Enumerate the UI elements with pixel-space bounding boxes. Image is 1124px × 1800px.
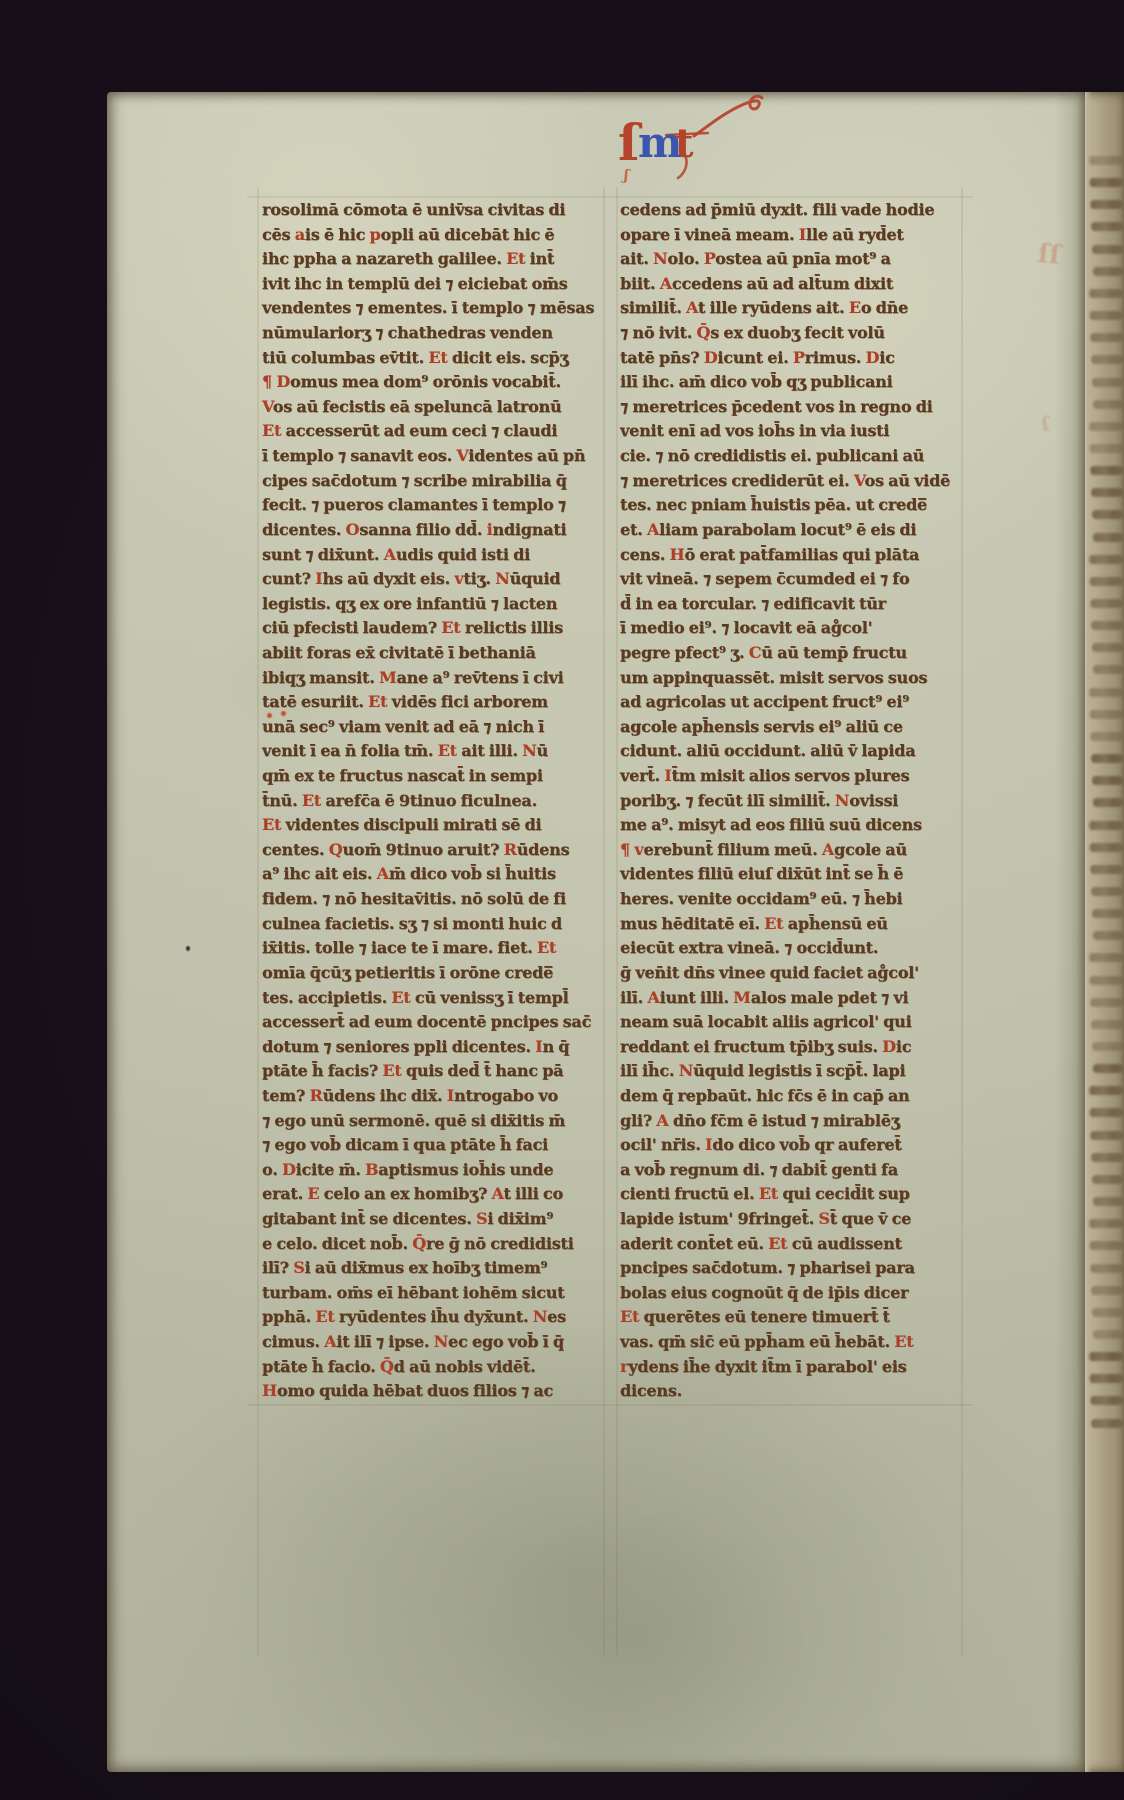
text-line: Et videntes discipuli mirati sē di	[262, 813, 610, 838]
margin-red-dot	[267, 713, 272, 718]
edge-text-row	[1090, 200, 1123, 209]
text-line: vas. qm̄ sic̄ eū pph̄am eū h̄ebāt. Et	[620, 1330, 968, 1355]
text-line: um appinquassēt. misit servos suos	[620, 666, 968, 691]
text-line: culnea facietis. sʒ ⁊ si monti huic d	[262, 912, 610, 937]
edge-text-row	[1089, 843, 1123, 852]
text-line: tes. nec pniam h̄uistis pēa. ut crede̅	[620, 493, 968, 518]
text-line: ilī ihc. am̄ dico vob̄ qʒ publicani	[620, 370, 968, 395]
text-line: tatē pn̄s? Dicunt ei. Primus. Dic	[620, 346, 968, 371]
edge-text-row	[1089, 444, 1123, 453]
manuscript-page: rosolimā cōmota ē univ̄sa civitas dicēs …	[107, 92, 1085, 1772]
edge-text-row	[1089, 976, 1123, 985]
ruling-line-vertical	[257, 187, 259, 1655]
edge-text-row	[1092, 643, 1123, 652]
running-title: ſ m t	[608, 86, 808, 182]
text-line: legistis. qʒ ex ore infantiū ⁊ lacten	[262, 592, 610, 617]
edge-text-row	[1089, 1108, 1123, 1117]
text-line: pncipes sac̄dotum. ⁊ pharisei para	[620, 1256, 968, 1281]
text-line: tatē esuriit. Et vidēs fici arborem	[262, 690, 610, 715]
text-line: opare ī vineā meam. Ille aū ryd̄et	[620, 223, 968, 248]
text-line: reddant ei fructum tp̄ibʒ suis. Dic	[620, 1035, 968, 1060]
text-line: dicentes. Osanna filio dd̄. indignati	[262, 518, 610, 543]
text-line: sunt ⁊ dix̄unt. Audis quid isti di	[262, 543, 610, 568]
edge-text-row	[1093, 665, 1123, 674]
edge-text-row	[1091, 754, 1123, 763]
text-line: abiit foras ex̄ civitatē ī bethaniā	[262, 641, 610, 666]
text-line: ⁊ ego unū sermonē. quē si dix̄itis m̄	[262, 1109, 610, 1134]
text-line: fidem. ⁊ nō hesitav̄itis. nō solū de fi	[262, 887, 610, 912]
edge-text-row	[1090, 865, 1123, 874]
column-right: cedens ad p̄miū dyxit. fili vade hodieop…	[620, 198, 968, 1404]
text-line: ⁊ nō ivit. Q̄s ex duobʒ fecit volū	[620, 321, 968, 346]
ruling-line-horizontal	[247, 1404, 973, 1406]
text-line: eiecūt extra vineā. ⁊ occid̄unt.	[620, 936, 968, 961]
edge-text-row	[1093, 1064, 1123, 1073]
edge-text-row	[1092, 1042, 1123, 1051]
text-line: cipes sac̄dotum ⁊ scribe mirabilia q̄	[262, 469, 610, 494]
edge-text-row	[1088, 1352, 1123, 1361]
text-line: nūmulariorʒ ⁊ chathedras venden	[262, 321, 610, 346]
edge-text-row	[1088, 1219, 1123, 1228]
edge-text-row	[1092, 1308, 1123, 1317]
edge-text-row	[1088, 688, 1123, 697]
text-line: ihc ppha a nazareth galilee. Et int̄	[262, 247, 610, 272]
text-line: bolas eius cognoūt q̄ de ip̄is dicer	[620, 1281, 968, 1306]
text-line: vert̄. It̄m misit alios servos plures	[620, 764, 968, 789]
text-line: fecit. ⁊ pueros clamantes ī templo ⁊	[262, 493, 610, 518]
text-line: heres. venite occidam⁹ eū. ⁊ h̄ebi	[620, 887, 968, 912]
text-line: qm̄ ex te fructus nascat̄ in sempi	[262, 764, 610, 789]
edge-text-row	[1092, 378, 1123, 387]
margin-faded-red-mark: ſ	[1039, 412, 1051, 437]
text-line: similit̄. At ille ryūdens ait. Eo dn̄e	[620, 296, 968, 321]
column-left: rosolimā cōmota ē univ̄sa civitas dicēs …	[262, 198, 610, 1404]
edge-text-row	[1088, 422, 1123, 431]
edge-text-row	[1092, 1175, 1123, 1184]
edge-text-row	[1092, 245, 1123, 254]
edge-text-row	[1093, 400, 1123, 409]
text-line: Homo quida hēbat duos filios ⁊ ac	[262, 1379, 610, 1404]
text-line: agcole aph̄ensis servis ei⁹ aliū ce	[620, 715, 968, 740]
edge-text-row	[1093, 267, 1123, 276]
text-line: biit. Accedens aū ad alt̄um dixit	[620, 272, 968, 297]
margin-ink-speck	[186, 946, 190, 951]
edge-text-row	[1093, 1330, 1123, 1339]
edge-text-row	[1088, 555, 1123, 564]
edge-text-row	[1093, 1197, 1123, 1206]
text-line: ⁊ meretrices p̄cedent vos in regno di	[620, 395, 968, 420]
text-line: vit vineā. ⁊ sepem c̄cumded ei ⁊ fo	[620, 567, 968, 592]
text-line: Et accesserūt ad eum ceci ⁊ claudi	[262, 419, 610, 444]
text-line: cimus. Ait ilī ⁊ ipse. Nec ego vob̄ ī q̄	[262, 1330, 610, 1355]
running-title-letter: t	[675, 120, 694, 167]
text-line: a⁹ ihc ait eis. Am̄ dico vob̄ si h̄uitis	[262, 862, 610, 887]
running-title-flourish	[694, 96, 762, 136]
text-line: venit ī ea n̄ folia tm̄. Et ait illi. Nū	[262, 739, 610, 764]
text-line: cedens ad p̄miū dyxit. fili vade hodie	[620, 198, 968, 223]
text-line: e celo. dicet nob̄. Q̄re ḡ nō credidisti	[262, 1232, 610, 1257]
text-line: poribʒ. ⁊ fecūt ilī similit̄. Novissi	[620, 789, 968, 814]
text-line: dicens.	[620, 1379, 968, 1404]
text-line: erat. E celo an ex homibʒ? At illi co	[262, 1182, 610, 1207]
text-line: cēs ais ē hic popli aū dicebāt hic ē	[262, 223, 610, 248]
edge-text-row	[1091, 222, 1123, 231]
text-line: videntes filiū eiuſ dix̄ūt int̄ se h̄ ē	[620, 862, 968, 887]
text-line: tem? Rūdens ihc dix̄. Introgabo vo	[262, 1084, 610, 1109]
text-line: ad agricolas ut accipent fruct⁹ ei⁹	[620, 690, 968, 715]
edge-text-row	[1091, 1020, 1123, 1029]
edge-text-row	[1092, 909, 1123, 918]
edge-text-row	[1088, 289, 1123, 298]
text-line: ¶ verebunt̄ filium meū. Agcole aū	[620, 838, 968, 863]
edge-text-row	[1089, 710, 1123, 719]
edge-text-row	[1093, 533, 1123, 542]
text-line: tiū columbas ev̄tit. Et dicit eis. scp̄ʒ	[262, 346, 610, 371]
text-line: me a⁹. misyt ad eos filiū suū dicens	[620, 813, 968, 838]
text-line: aderit cont̄et eū. Et cū audissent	[620, 1232, 968, 1257]
edge-text-row	[1090, 1264, 1123, 1273]
text-line: t̄nū. Et arefc̄a ē 9tinuo ficulnea.	[262, 789, 610, 814]
text-line: dotum ⁊ seniores ppli dicentes. In q̄	[262, 1035, 610, 1060]
text-line: gli? A dn̄o fc̄m ē istud ⁊ mirablēʒ	[620, 1109, 968, 1134]
edge-text-row	[1091, 1153, 1123, 1162]
text-line: Vos aū fecistis eā speluncā latronū	[262, 395, 610, 420]
text-line: lapide istum' 9fringet̄. St̄ que v̄ ce	[620, 1207, 968, 1232]
edge-text-row	[1091, 1286, 1123, 1295]
margin-faded-red-mark: ſſ	[1036, 239, 1061, 271]
edge-text-row	[1090, 1396, 1123, 1405]
edge-text-row	[1091, 887, 1123, 896]
text-line: gitabant int̄ se dicentes. Si dix̄im⁹	[262, 1207, 610, 1232]
text-line: Et querētes eū tenere timuert̄ t̄	[620, 1305, 968, 1330]
edge-text-row	[1088, 1086, 1123, 1095]
edge-text-row	[1090, 599, 1123, 608]
margin-red-dot	[281, 711, 286, 716]
edge-text-row	[1092, 510, 1123, 519]
text-line: ocil' nr̄is. Ido dico vob̄ qr auferet̄	[620, 1133, 968, 1158]
text-line: ī medio ei⁹. ⁊ locavit eā ag̊col'	[620, 616, 968, 641]
photograph-of-manuscript: { "document_kind": "medieval manuscript …	[0, 0, 1124, 1800]
text-line: cens. Hō erat pat̄familias qui plāta	[620, 543, 968, 568]
text-line: et. Aliam parabolam locut⁹ ē eis di	[620, 518, 968, 543]
text-line: ī templo ⁊ sanavit eos. Videntes aū pn̄	[262, 444, 610, 469]
fore-edge-highlight	[1085, 92, 1092, 1772]
text-line: centes. Quom̄ 9tinuo aruit? Rūdens	[262, 838, 610, 863]
text-line: ix̄itis. tolle ⁊ iace te ī mare. fiet. E…	[262, 936, 610, 961]
edge-text-row	[1088, 821, 1123, 830]
ruling-line-vertical	[616, 187, 618, 1655]
text-line: ilī? Si aū dix̄mus ex hoībʒ timem⁹	[262, 1256, 610, 1281]
fore-edge-of-next-leaves	[1085, 92, 1124, 1772]
edge-text-row	[1089, 178, 1123, 187]
text-line: dem q̄ repbaūt. hic fc̄s ē in cap̄ an	[620, 1084, 968, 1109]
text-line: ait. Nolo. Postea aū pnīa mot⁹ a	[620, 247, 968, 272]
text-line: ptāte h̄ facis? Et quis ded̄ t̄ hanc pā	[262, 1059, 610, 1084]
text-line: omīa q̄cūʒ petieritis ī orōne crede̅	[262, 961, 610, 986]
text-line: ptāte h̄ facio. Q̄d aū nobis vidēt̄.	[262, 1355, 610, 1380]
edge-text-row	[1091, 355, 1123, 364]
text-line: accessert̄ ad eum docentē pncipes sac̄	[262, 1010, 610, 1035]
edge-text-row	[1093, 931, 1123, 940]
edge-text-row	[1091, 621, 1123, 630]
text-line: pegre pfect⁹ ʒ. Cū aū temp̄ fructu	[620, 641, 968, 666]
text-line: ¶ Domus mea dom⁹ orōnis vocabit̄.	[262, 370, 610, 395]
text-line: ibiqʒ mansit. Mane a⁹ rev̄tens ī civi	[262, 666, 610, 691]
text-line: rosolimā cōmota ē univ̄sa civitas di	[262, 198, 610, 223]
text-line: cunt? Ihs aū dyxit eis. vtiʒ. Nūquid	[262, 567, 610, 592]
edge-text-row	[1091, 1419, 1123, 1428]
text-line: tes. accipietis. Et cū venissʒ ī templ̄	[262, 986, 610, 1011]
text-line: ⁊ meretrices crediderūt ei. Vos aū vidē	[620, 469, 968, 494]
edge-text-row	[1091, 488, 1123, 497]
edge-text-row	[1090, 1131, 1123, 1140]
text-line: cie. ⁊ nō credidistis ei. publicani aū	[620, 444, 968, 469]
text-line: ḡ ven̄it dn̄s vinee quid faciet ag̊col'	[620, 961, 968, 986]
edge-text-row	[1092, 776, 1123, 785]
text-line: pphā. Et ryūdentes ih̄u dyx̄unt. Nes	[262, 1305, 610, 1330]
edge-text-row	[1088, 156, 1123, 165]
text-line: neam suā locabit aliis agricol' qui	[620, 1010, 968, 1035]
text-line: ilī. Aiunt illi. Malos male pdet ⁊ vi	[620, 986, 968, 1011]
edge-text-row	[1093, 798, 1123, 807]
text-line: ciū pfecisti laudem? Et relictis illis	[262, 616, 610, 641]
text-line: ivit ihc in templū dei ⁊ eiciebat om̄s	[262, 272, 610, 297]
text-line: cidunt. aliū occidunt. aliū v̄ lapida	[620, 739, 968, 764]
edge-text-row	[1090, 732, 1123, 741]
edge-text-row	[1090, 998, 1123, 1007]
text-line: a vob̄ regnum di. ⁊ dabit̄ genti fa	[620, 1158, 968, 1183]
text-line: o. Dicite m̄. Baptismus ioh̄is unde	[262, 1158, 610, 1183]
edge-text-row	[1090, 466, 1123, 475]
text-line: mus hēditatē eī. Et aph̄ensū eū	[620, 912, 968, 937]
edge-text-row	[1089, 311, 1123, 320]
text-line: ⁊ ego vob̄ dicam ī qua ptāte h̄ faci	[262, 1133, 610, 1158]
text-line: turbam. om̄s eī hēbant iohēm sicut	[262, 1281, 610, 1306]
edge-text-row	[1089, 577, 1123, 586]
text-line: rydens ih̄e dyxit it̄m ī parabol' eis	[620, 1355, 968, 1380]
text-line: d̄ in ea torcular. ⁊ edificavit tūr	[620, 592, 968, 617]
edge-text-row	[1088, 953, 1123, 962]
edge-text-row	[1089, 1374, 1123, 1383]
text-line: cienti fructū el. Et qui cecid̄it sup	[620, 1182, 968, 1207]
text-line: unā sec⁹ viam venit ad eā ⁊ nich ī	[262, 715, 610, 740]
text-line: venit enī ad vos ioh̄s in via iusti	[620, 419, 968, 444]
edge-text-row	[1090, 333, 1123, 342]
text-line: vendentes ⁊ ementes. ī templo ⁊ mēsas	[262, 296, 610, 321]
edge-text-row	[1089, 1241, 1123, 1250]
text-line: ilī ih̄c. Nūquid legistis ī scp̄t̄. lapi	[620, 1059, 968, 1084]
